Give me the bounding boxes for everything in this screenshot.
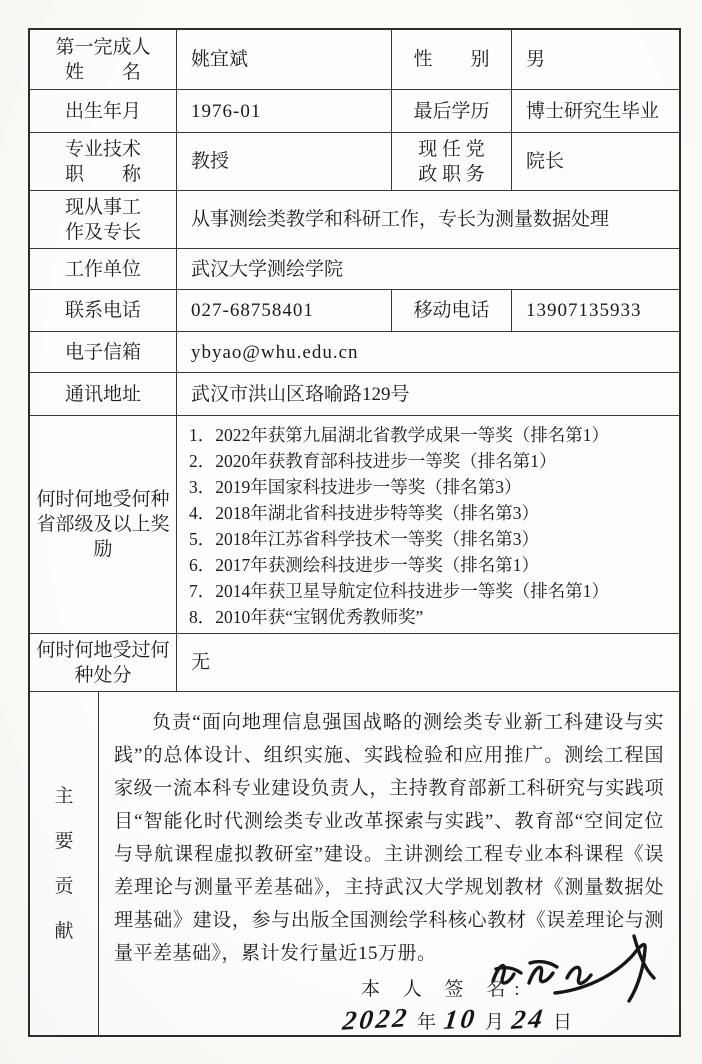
date-day-handwritten: 24 [510, 1002, 547, 1037]
current-work-value: 从事测绘类教学和科研工作，专长为测量数据处理 [177, 191, 679, 248]
row-birth-degree: 出生年月 1976-01 最后学历 博士研究生毕业 [30, 90, 679, 133]
current-work-label: 现从事工 作及专长 [30, 191, 177, 248]
resume-form-table: 第一完成人 姓 名 姚宜斌 性 别 男 出生年月 1976-01 最后学历 博士… [28, 28, 681, 1037]
row-name-gender: 第一完成人 姓 名 姚宜斌 性 别 男 [30, 30, 679, 90]
handwritten-signature [483, 933, 673, 1013]
address-value: 武汉市洪山区珞喻路129号 [177, 373, 679, 415]
row-contributions: 主 要 贡 献 负责“面向地理信息强国战略的测绘类专业新工科建设与实践”的总体设… [30, 692, 679, 1035]
award-item: 5．2018年江苏省科学技术一等奖（排名第3） [189, 526, 673, 552]
birth-date-value: 1976-01 [177, 90, 392, 132]
awards-label: 何时何地受何种 省部级及以上奖 励 [30, 416, 177, 633]
row-title-post: 专业技术 职 称 教授 现 任 党 政 职 务 院长 [30, 133, 679, 191]
signature-area: 本 人 签 名: 2022年10月24日 [355, 955, 675, 1033]
award-item: 2．2020年获教育部科技进步一等奖（排名第1） [189, 448, 673, 474]
professional-title-label: 专业技术 职 称 [30, 133, 177, 190]
last-degree-label: 最后学历 [392, 90, 512, 132]
current-post-label: 现 任 党 政 职 务 [392, 133, 512, 190]
email-value: ybyao@whu.edu.cn [177, 332, 679, 372]
name-value: 姚宜斌 [177, 30, 392, 89]
contributions-label: 主 要 贡 献 [30, 692, 99, 1035]
award-item: 4．2018年湖北省科技进步特等奖（排名第3） [189, 500, 673, 526]
date-day-unit: 日 [553, 1012, 572, 1033]
mobile-label: 移动电话 [392, 290, 512, 331]
punishment-label: 何时何地受过何 种处分 [30, 634, 177, 691]
phone-label: 联系电话 [30, 290, 177, 331]
employer-label: 工作单位 [30, 249, 177, 289]
name-label: 第一完成人 姓 名 [30, 30, 177, 89]
professional-title-value: 教授 [177, 133, 392, 190]
row-address: 通讯地址 武汉市洪山区珞喻路129号 [30, 373, 679, 416]
birth-date-label: 出生年月 [30, 90, 177, 132]
gender-value: 男 [512, 30, 679, 89]
scanned-form-page: 第一完成人 姓 名 姚宜斌 性 别 男 出生年月 1976-01 最后学历 博士… [0, 0, 702, 1064]
last-degree-value: 博士研究生毕业 [512, 90, 679, 132]
contributions-text: 负责“面向地理信息强国战略的测绘类专业新工科建设与实践”的总体设计、组织实施、实… [114, 706, 664, 970]
punishment-value: 无 [177, 634, 679, 691]
row-employer: 工作单位 武汉大学测绘学院 [30, 249, 679, 290]
current-post-value: 院长 [512, 133, 679, 190]
employer-value: 武汉大学测绘学院 [177, 249, 679, 289]
row-awards: 何时何地受何种 省部级及以上奖 励 1．2022年获第九届湖北省教学成果一等奖（… [30, 416, 679, 634]
row-punishment: 何时何地受过何 种处分 无 [30, 634, 679, 692]
award-item: 3．2019年国家科技进步一等奖（排名第3） [189, 474, 673, 500]
awards-list: 1．2022年获第九届湖北省教学成果一等奖（排名第1）2．2020年获教育部科技… [177, 416, 679, 633]
mobile-value: 13907135933 [512, 290, 679, 331]
row-phones: 联系电话 027-68758401 移动电话 13907135933 [30, 290, 679, 332]
award-item: 7．2014年获卫星导航定位科技进步一等奖（排名第1） [189, 578, 673, 604]
date-year-unit: 年 [417, 1012, 436, 1033]
date-month-handwritten: 10 [442, 1002, 479, 1037]
date-month-unit: 月 [485, 1012, 504, 1033]
award-item: 6．2017年获测绘科技进步一等奖（排名第1） [189, 552, 673, 578]
phone-value: 027-68758401 [177, 290, 392, 331]
row-email: 电子信箱 ybyao@whu.edu.cn [30, 332, 679, 373]
address-label: 通讯地址 [30, 373, 177, 415]
award-item: 1．2022年获第九届湖北省教学成果一等奖（排名第1） [189, 422, 673, 448]
award-item: 8．2010年获“宝钢优秀教师奖” [189, 604, 673, 630]
email-label: 电子信箱 [30, 332, 177, 372]
date-year-handwritten: 2022 [341, 1001, 412, 1037]
row-current-work: 现从事工 作及专长 从事测绘类教学和科研工作，专长为测量数据处理 [30, 191, 679, 249]
gender-label: 性 别 [392, 30, 512, 89]
contributions-cell: 负责“面向地理信息强国战略的测绘类专业新工科建设与实践”的总体设计、组织实施、实… [99, 692, 679, 1035]
signature-date: 2022年10月24日 [339, 1003, 576, 1039]
